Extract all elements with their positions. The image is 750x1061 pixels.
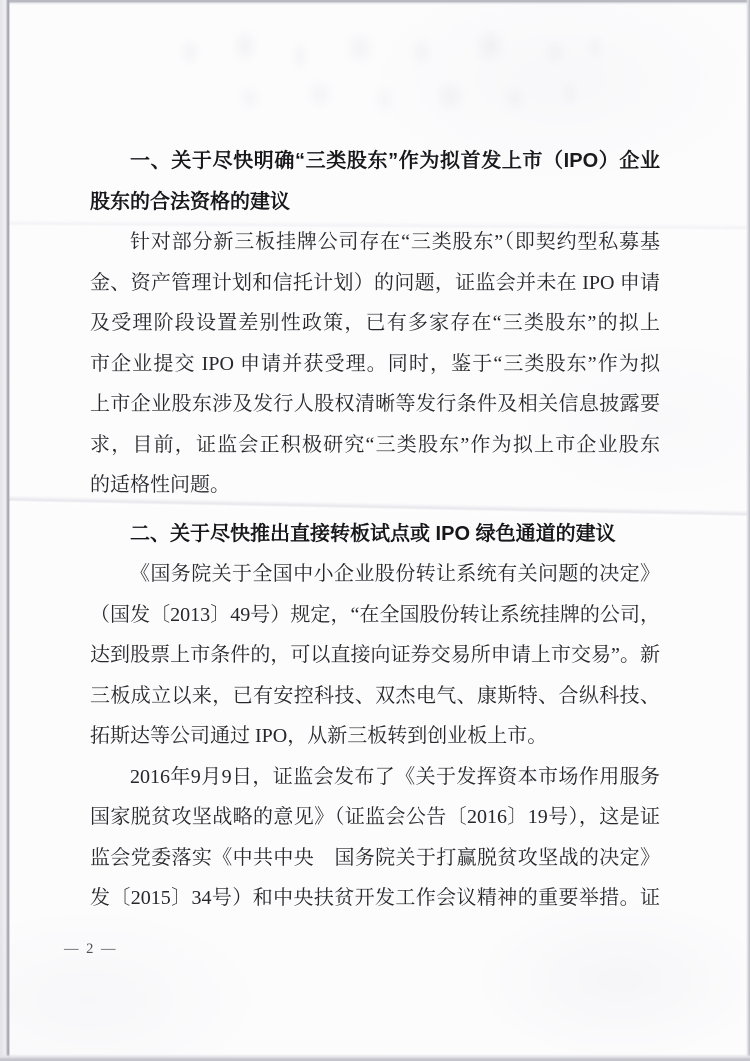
text-line: 拓斯达等公司通过 IPO，从新三板转到创业板上市。 [90, 716, 660, 757]
heading-line: 股东的合法资格的建议 [90, 182, 660, 223]
text-line: 2016年9月9日，证监会发布了《关于发挥资本市场作用服务 [90, 757, 660, 798]
text-line: 金、资产管理计划和信托计划）的问题，证监会并未在 IPO 申请 [90, 263, 660, 304]
heading-line: 二、关于尽快推出直接转板试点或 IPO 绿色通道的建议 [90, 514, 660, 555]
section-2-heading: 二、关于尽快推出直接转板试点或 IPO 绿色通道的建议 [90, 514, 660, 555]
text-line: （国发〔2013〕49号）规定，“在全国股份转让系统挂牌的公司， [90, 595, 660, 636]
section-1-paragraph: 针对部分新三板挂牌公司存在“三类股东”（即契约型私募基金、资产管理计划和信托计划… [90, 222, 660, 506]
text-line: 市企业提交 IPO 申请并获受理。同时，鉴于“三类股东”作为拟 [90, 344, 660, 385]
footer-page-number: — 2 — [64, 941, 118, 958]
bleed-through-marks [210, 70, 610, 126]
text-line: 监会党委落实《中共中央 国务院关于打赢脱贫攻坚战的决定》（中 [90, 838, 660, 879]
text-line: 发〔2015〕34号）和中央扶贫开发工作会议精神的重要举措。证 [90, 878, 660, 919]
scan-edge-left [0, 0, 10, 1061]
scan-edge-right [746, 0, 750, 1061]
text-line: 上市企业股东涉及发行人股权清晰等发行条件及相关信息披露要 [90, 384, 660, 425]
scanned-document-page: 一、关于尽快明确“三类股东”作为拟首发上市（IPO）企业股东的合法资格的建议针对… [0, 0, 750, 1061]
text-line: 针对部分新三板挂牌公司存在“三类股东”（即契约型私募基 [90, 222, 660, 263]
text-line: 三板成立以来，已有安控科技、双杰电气、康斯特、合纵科技、 [90, 676, 660, 717]
text-line: 达到股票上市条件的，可以直接向证券交易所申请上市交易”。新 [90, 635, 660, 676]
document-body: 一、关于尽快明确“三类股东”作为拟首发上市（IPO）企业股东的合法资格的建议针对… [90, 141, 660, 919]
section-1-heading: 一、关于尽快明确“三类股东”作为拟首发上市（IPO）企业股东的合法资格的建议 [90, 141, 660, 222]
text-line: 《国务院关于全国中小企业股份转让系统有关问题的决定》 [90, 554, 660, 595]
scan-edge-top [0, 0, 750, 5]
section-2-paragraph-1: 《国务院关于全国中小企业股份转让系统有关问题的决定》（国发〔2013〕49号）规… [90, 554, 660, 757]
bleed-through-marks [160, 22, 610, 80]
text-line: 的适格性问题。 [90, 465, 660, 506]
heading-line: 一、关于尽快明确“三类股东”作为拟首发上市（IPO）企业 [90, 141, 660, 182]
text-line: 及受理阶段设置差别性政策，已有多家存在“三类股东”的拟上 [90, 303, 660, 344]
text-line: 求，目前，证监会正积极研究“三类股东”作为拟上市企业股东 [90, 425, 660, 466]
section-2-paragraph-2: 2016年9月9日，证监会发布了《关于发挥资本市场作用服务国家脱贫攻坚战略的意见… [90, 757, 660, 919]
scan-edge-bottom [0, 1054, 750, 1061]
text-line: 国家脱贫攻坚战略的意见》（证监会公告〔2016〕19号），这是证 [90, 797, 660, 838]
